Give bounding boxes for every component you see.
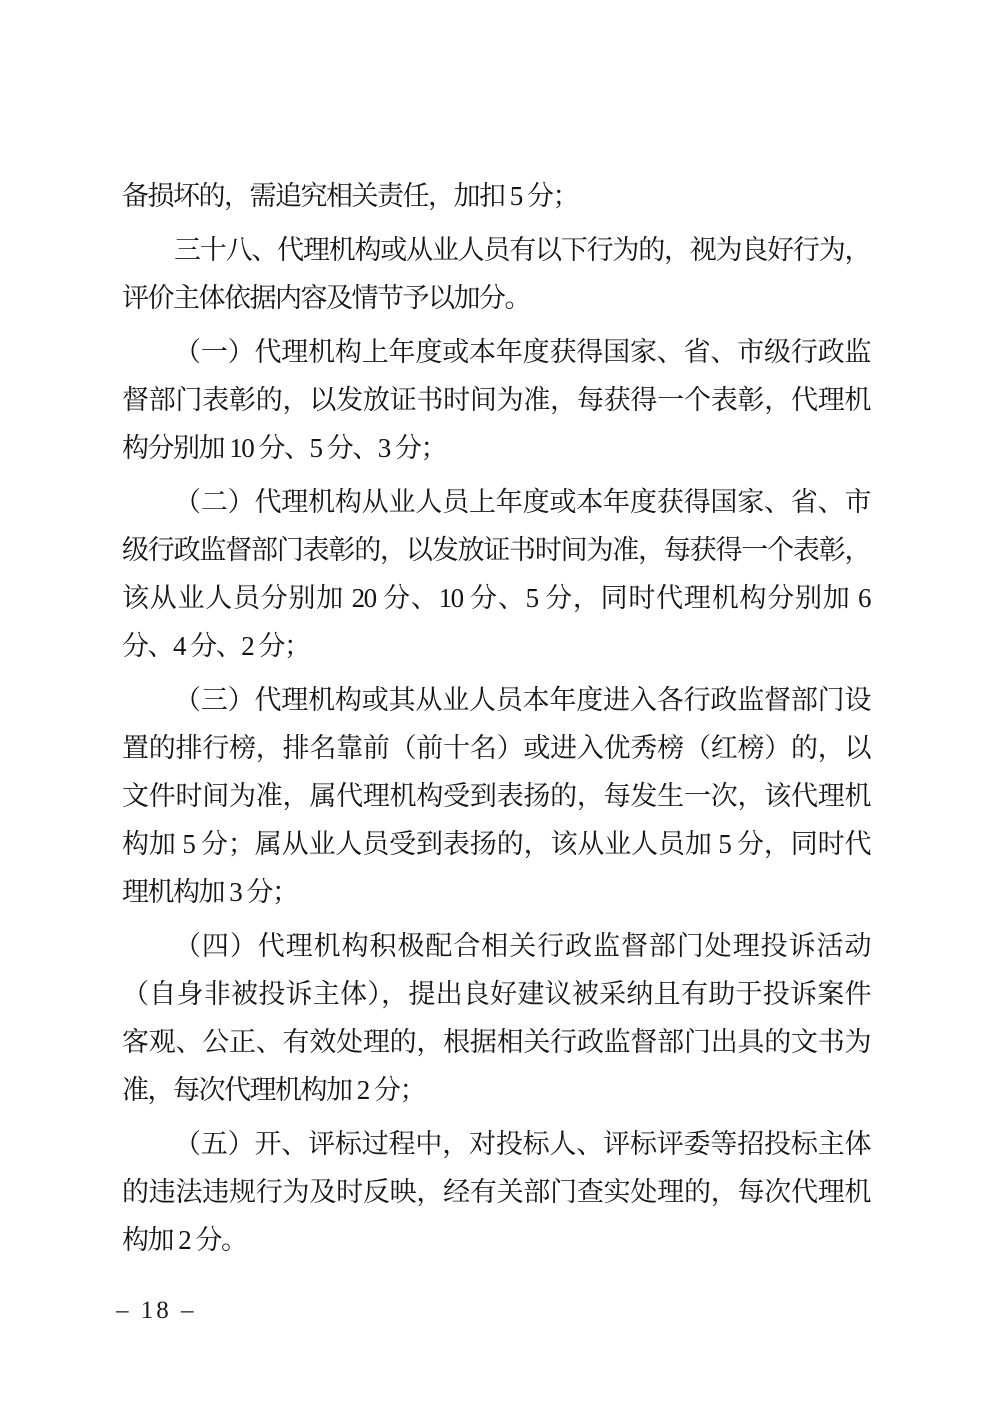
text-line: （一）代理机构上年度或本年度获得国家、省、市级行政监 bbox=[122, 328, 870, 376]
document-body: 备损坏的，需追究相关责任，加扣 5 分；三十八、代理机构或从业人员有以下行为的，… bbox=[122, 172, 870, 1264]
paragraph: （三）代理机构或其从业人员本年度进入各行政监督部门设置的排行榜，排名靠前（前十名… bbox=[122, 676, 870, 916]
text-line: 文件时间为准，属代理机构受到表扬的，每发生一次，该代理机 bbox=[122, 772, 870, 820]
text-line: 客观、公正、有效处理的，根据相关行政监督部门出具的文书为 bbox=[122, 1018, 870, 1066]
text-line: 级行政监督部门表彰的，以发放证书时间为准，每获得一个表彰， bbox=[122, 526, 870, 574]
paragraph: （一）代理机构上年度或本年度获得国家、省、市级行政监督部门表彰的，以发放证书时间… bbox=[122, 328, 870, 472]
paragraph: （四）代理机构积极配合相关行政监督部门处理投诉活动（自身非被投诉主体），提出良好… bbox=[122, 922, 870, 1114]
text-line: 备损坏的，需追究相关责任，加扣 5 分； bbox=[122, 172, 870, 220]
text-line: 的违法违规行为及时反映，经有关部门查实处理的，每次代理机 bbox=[122, 1168, 870, 1216]
text-line: （五）开、评标过程中，对投标人、评标评委等招投标主体 bbox=[122, 1120, 870, 1168]
paragraph: （五）开、评标过程中，对投标人、评标评委等招投标主体的违法违规行为及时反映，经有… bbox=[122, 1120, 870, 1264]
text-line: 构分别加 10 分、5 分、3 分； bbox=[122, 424, 870, 472]
text-line: 准，每次代理机构加 2 分； bbox=[122, 1066, 870, 1114]
text-line: （三）代理机构或其从业人员本年度进入各行政监督部门设 bbox=[122, 676, 870, 724]
paragraph: 三十八、代理机构或从业人员有以下行为的，视为良好行为，评价主体依据内容及情节予以… bbox=[122, 226, 870, 322]
text-line: （自身非被投诉主体），提出良好建议被采纳且有助于投诉案件 bbox=[122, 970, 870, 1018]
text-line: 构加 5 分；属从业人员受到表扬的，该从业人员加 5 分，同时代 bbox=[122, 820, 870, 868]
paragraph: （二）代理机构从业人员上年度或本年度获得国家、省、市级行政监督部门表彰的，以发放… bbox=[122, 478, 870, 670]
text-line: 构加 2 分。 bbox=[122, 1216, 870, 1264]
text-line: 置的排行榜，排名靠前（前十名）或进入优秀榜（红榜）的，以 bbox=[122, 724, 870, 772]
page-number: – 18 – bbox=[116, 1296, 197, 1326]
text-line: 评价主体依据内容及情节予以加分。 bbox=[122, 274, 870, 322]
text-line: 理机构加 3 分； bbox=[122, 868, 870, 916]
text-line: 分、4 分、2 分； bbox=[122, 622, 870, 670]
document-page: 备损坏的，需追究相关责任，加扣 5 分；三十八、代理机构或从业人员有以下行为的，… bbox=[0, 0, 992, 1403]
text-line: （二）代理机构从业人员上年度或本年度获得国家、省、市 bbox=[122, 478, 870, 526]
text-line: 该从业人员分别加 20 分、10 分、5 分，同时代理机构分别加 6 bbox=[122, 574, 870, 622]
text-line: 三十八、代理机构或从业人员有以下行为的，视为良好行为， bbox=[122, 226, 870, 274]
text-line: 督部门表彰的，以发放证书时间为准，每获得一个表彰，代理机 bbox=[122, 376, 870, 424]
paragraph: 备损坏的，需追究相关责任，加扣 5 分； bbox=[122, 172, 870, 220]
text-line: （四）代理机构积极配合相关行政监督部门处理投诉活动 bbox=[122, 922, 870, 970]
